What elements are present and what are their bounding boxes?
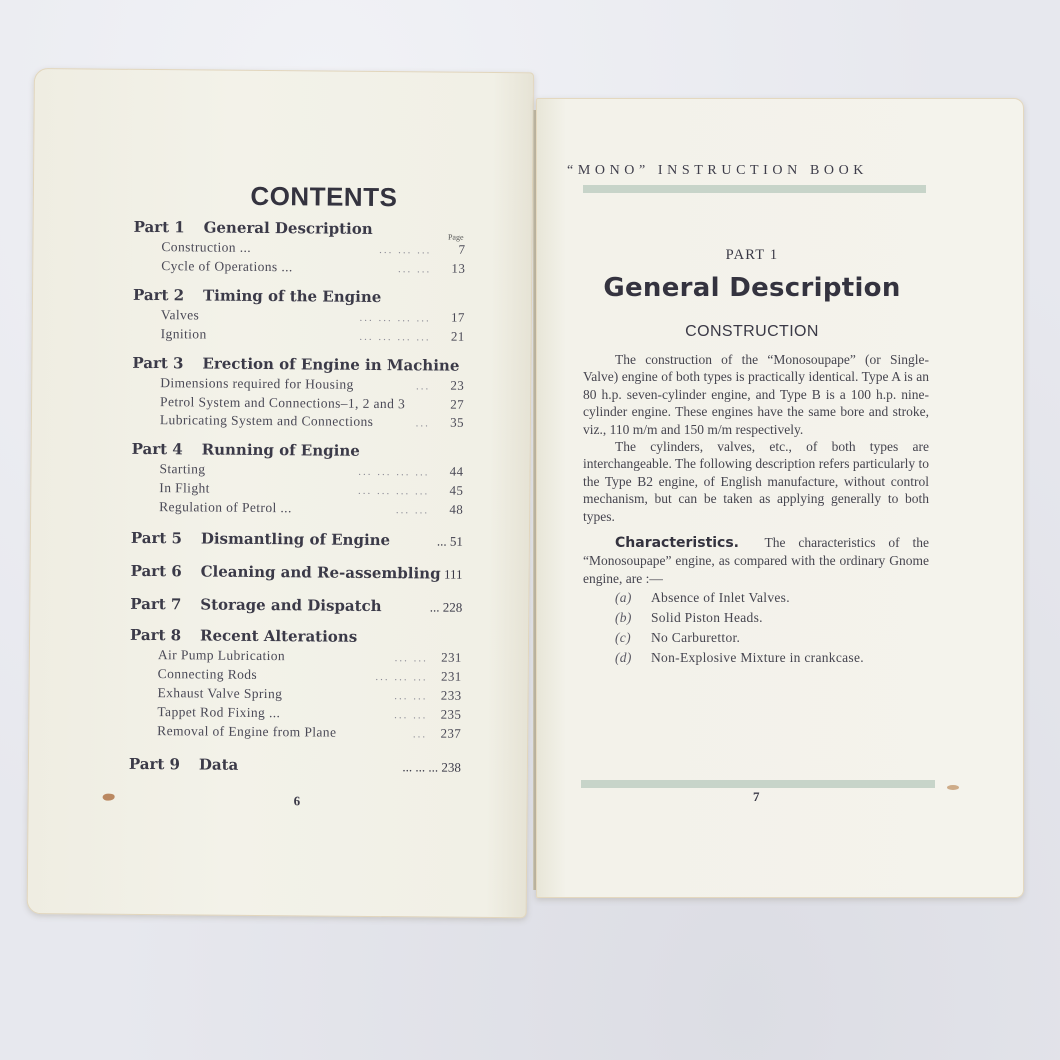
part-title: Cleaning and Re-assembling — [201, 560, 445, 584]
entry-page: 45 — [435, 482, 463, 500]
part-title: Dismantling of Engine — [201, 527, 437, 551]
characteristics-paragraph: Characteristics. The characteristics of … — [583, 534, 929, 587]
item-letter: (d) — [615, 648, 651, 668]
contents-heading: CONTENTS — [234, 181, 414, 214]
entry-label: Petrol System and Connections–1, 2 and 3 — [160, 393, 430, 413]
item-text: Non-Explosive Mixture in crankcase. — [651, 648, 864, 668]
entry-leader-dots: ... ... ... — [379, 241, 431, 259]
left-page-contents: CONTENTS Page Part 1 General Description… — [27, 68, 534, 918]
toc-entry: Regulation of Petrol ... ... ... 48 — [131, 498, 463, 520]
entry-leader-dots: ... ... ... — [375, 668, 427, 686]
entry-page: 21 — [437, 328, 465, 346]
item-text: Absence of Inlet Valves. — [651, 588, 790, 608]
entry-page: 35 — [436, 414, 464, 432]
entry-page: 17 — [437, 309, 465, 327]
part-title: General Description — [204, 216, 466, 240]
entry-leader-dots: ... ... ... ... — [358, 482, 429, 501]
running-head: “MONO” INSTRUCTION BOOK — [567, 163, 927, 179]
entry-leader-dots: ... ... — [395, 649, 428, 667]
part-label: PART 1 — [537, 247, 967, 264]
entry-leader-dots: ... ... — [398, 260, 431, 278]
entry-page: 231 — [434, 668, 462, 686]
entry-label: Dimensions required for Housing — [160, 374, 416, 394]
toc-part-heading: Part 3 Erection of Engine in Machine — [132, 352, 464, 377]
part-number: Part 5 — [131, 527, 201, 550]
toc-part-heading: Part 5 Dismantling of Engine ... 51 — [131, 527, 463, 553]
part-title: Storage and Dispatch — [200, 593, 430, 617]
entry-label: Removal of Engine from Plane — [157, 722, 413, 742]
toc-part: Part 8 Recent Alterations Air Pump Lubri… — [129, 624, 462, 744]
toc-entry: Lubricating System and Connections ... 3… — [132, 411, 464, 433]
part-title: Running of Engine — [202, 438, 464, 462]
right-page-chapter: “MONO” INSTRUCTION BOOK PART 1 General D… — [536, 98, 1024, 898]
page-column-label: Page — [448, 233, 464, 242]
entry-label: Exhaust Valve Spring — [157, 684, 394, 704]
rust-stain — [947, 785, 959, 790]
entry-label: Regulation of Petrol ... — [159, 498, 396, 518]
entry-page: 44 — [435, 463, 463, 481]
toc-entry: Removal of Engine from Plane ... 237 — [129, 722, 461, 744]
toc-part-heading: Part 9 Data ... ... ... 238 — [129, 753, 461, 779]
entry-label: Cycle of Operations ... — [161, 257, 398, 277]
toc-part: Part 7 Storage and Dispatch ... 228 — [130, 593, 462, 619]
part-page: 111 — [444, 564, 463, 586]
part-page: ... 228 — [430, 596, 463, 618]
part-number: Part 2 — [133, 284, 203, 307]
toc-part: Part 4 Running of Engine Starting ... ..… — [131, 438, 464, 520]
toc-part: Part 2 Timing of the Engine Valves ... .… — [133, 284, 466, 347]
part-number: Part 9 — [129, 753, 199, 776]
entry-page: 27 — [436, 396, 464, 414]
toc-part: Part 5 Dismantling of Engine ... 51 — [131, 527, 463, 553]
body-text: The construction of the “Monosoupape” (o… — [583, 351, 929, 668]
list-item: (a) Absence of Inlet Valves. — [583, 588, 929, 608]
list-item: (b) Solid Piston Heads. — [583, 608, 929, 628]
item-text: Solid Piston Heads. — [651, 608, 763, 628]
entry-leader-dots: ... ... ... ... — [360, 309, 431, 328]
entry-page: 48 — [435, 501, 463, 519]
part-number: Part 4 — [132, 438, 202, 461]
entry-label: Valves — [161, 306, 360, 326]
toc-part: Part 6 Cleaning and Re-assembling 111 — [131, 560, 463, 586]
part-page: ... 51 — [437, 531, 463, 553]
toc-part-heading: Part 1 General Description — [134, 216, 466, 241]
part-number: Part 1 — [134, 216, 204, 239]
toc-entry: Cycle of Operations ... ... ... 13 — [133, 257, 465, 279]
section-title: CONSTRUCTION — [537, 323, 967, 341]
paragraph: The cylinders, valves, etc., of both typ… — [583, 438, 929, 525]
entry-page: 235 — [433, 706, 461, 724]
footer-rule — [581, 780, 935, 788]
part-number: Part 8 — [130, 624, 200, 647]
characteristics-heading: Characteristics. — [615, 535, 739, 551]
entry-label: Connecting Rods — [158, 665, 376, 685]
part-number: Part 6 — [131, 560, 201, 583]
entry-leader-dots: ... — [416, 414, 430, 432]
list-item: (d) Non-Explosive Mixture in crankcase. — [583, 648, 929, 668]
part-number: Part 3 — [132, 352, 202, 375]
toc-part-heading: Part 6 Cleaning and Re-assembling 111 — [131, 560, 463, 586]
table-of-contents: Page Part 1 General Description Construc… — [129, 216, 466, 787]
entry-leader-dots: ... ... — [394, 687, 427, 705]
page-number: 6 — [294, 793, 301, 809]
entry-leader-dots: ... — [416, 377, 430, 395]
part-page: ... ... ... 238 — [402, 756, 461, 779]
entry-label: Lubricating System and Connections — [160, 411, 416, 431]
page-number: 7 — [753, 789, 760, 805]
entry-page: 23 — [436, 377, 464, 395]
entry-label: Tappet Rod Fixing ... — [157, 703, 394, 723]
characteristics-block: Characteristics. The characteristics of … — [583, 534, 929, 668]
toc-part-heading: Part 4 Running of Engine — [132, 438, 464, 463]
part-title: Recent Alterations — [200, 624, 462, 648]
entry-label: Ignition — [161, 325, 360, 345]
item-letter: (c) — [615, 628, 651, 648]
toc-part-heading: Part 2 Timing of the Engine — [133, 284, 465, 309]
entry-leader-dots: ... — [413, 725, 427, 743]
entry-label: In Flight — [159, 479, 358, 499]
entry-page: 13 — [437, 260, 465, 278]
entry-leader-dots: ... ... — [394, 706, 427, 724]
rust-stain — [103, 794, 115, 801]
toc-part-heading: Part 7 Storage and Dispatch ... 228 — [130, 593, 462, 619]
chapter-title: General Description — [537, 273, 967, 303]
entry-page: 231 — [434, 649, 462, 667]
item-letter: (b) — [615, 608, 651, 628]
characteristics-list: (a) Absence of Inlet Valves. (b) Solid P… — [583, 588, 929, 668]
header-rule — [583, 185, 926, 193]
item-text: No Carburettor. — [651, 628, 740, 648]
item-letter: (a) — [615, 588, 651, 608]
entry-page: 237 — [433, 725, 461, 743]
entry-label: Air Pump Lubrication — [158, 646, 395, 666]
entry-page: 233 — [433, 687, 461, 705]
entry-leader-dots: ... ... — [396, 501, 429, 519]
paragraph: The construction of the “Monosoupape” (o… — [583, 351, 929, 438]
toc-part-heading: Part 8 Recent Alterations — [130, 624, 462, 649]
part-title: Data — [199, 753, 403, 777]
entry-label: Starting — [159, 460, 358, 480]
toc-entry: Ignition ... ... ... ... 21 — [133, 325, 465, 347]
entry-page: 7 — [437, 241, 465, 259]
list-item: (c) No Carburettor. — [583, 628, 929, 648]
entry-label: Construction ... — [161, 238, 379, 258]
entry-leader-dots: ... ... ... ... — [359, 328, 430, 347]
part-title: Erection of Engine in Machine — [202, 352, 464, 376]
part-title: Timing of the Engine — [203, 284, 465, 308]
toc-part: Part 9 Data ... ... ... 238 — [129, 753, 461, 779]
toc-part: Part 3 Erection of Engine in Machine Dim… — [132, 352, 465, 433]
part-number: Part 7 — [130, 593, 200, 616]
toc-part: Page Part 1 General Description Construc… — [133, 216, 466, 279]
entry-leader-dots: ... ... ... ... — [358, 463, 429, 482]
